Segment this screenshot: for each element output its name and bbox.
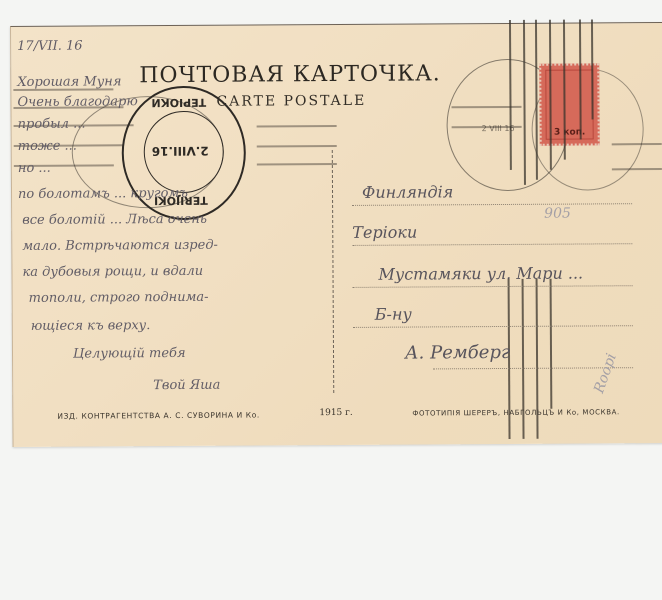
message-line: ющіеся къ верху.: [31, 318, 151, 334]
publisher-credit: ИЗД. КОНТРАГЕНТСТВА А. С. СУВОРИНА И Ко.: [57, 410, 260, 420]
postmark-date: 2.VIII.16: [152, 144, 209, 158]
pencil-note: 905: [544, 206, 571, 222]
message-signature: Твой Яша: [153, 378, 220, 393]
address-country: Финляндія: [362, 182, 453, 202]
message-address-divider: [332, 150, 334, 395]
address-line-1: [352, 203, 632, 206]
address-title: Б-ну: [375, 305, 412, 324]
printer-credit: ФОТОТИПІЯ ШЕРЕРЪ, НАБГОЛЬЦЪ И Ко, МОСКВА…: [412, 408, 620, 417]
message-line: но ...: [18, 161, 51, 176]
address-line-2: [352, 243, 632, 246]
message-line: пробыл ...: [18, 117, 86, 132]
message-date: 17/VII. 16: [17, 39, 82, 54]
message-line: мало. Встрѣчаются изред-: [22, 238, 218, 254]
message-line: тополи, строго поднима-: [29, 290, 209, 306]
postcard-title: ПОЧТОВАЯ КАРТОЧКА.: [139, 61, 441, 88]
publication-year: 1915 г.: [319, 408, 352, 418]
address-street: Мустамяки ул. Мари ...: [378, 264, 583, 284]
postmark-top-text: ТЕРІОКИ: [151, 96, 206, 109]
message-line: ка дубовыя рощи, и вдали: [22, 264, 203, 280]
address-recipient: А. Ремберг: [405, 342, 510, 364]
postcard-subtitle: CARTE POSTALE: [216, 93, 366, 110]
message-line: по болотамъ ... кругомъ: [18, 186, 188, 202]
message-line: Целующій тебя: [73, 346, 186, 362]
message-line: Очень благодарю: [17, 94, 137, 110]
machine-cancel-bars: [501, 19, 612, 190]
message-line: Хорошая Муня: [17, 74, 121, 90]
address-city: Теріоки: [352, 223, 417, 242]
message-line: все болотій ... Лѣса очень: [22, 212, 207, 228]
message-line: тоже ...: [18, 139, 77, 154]
postcard: ПОЧТОВАЯ КАРТОЧКА. CARTE POSTALE ТЕРІОКИ…: [10, 22, 662, 447]
